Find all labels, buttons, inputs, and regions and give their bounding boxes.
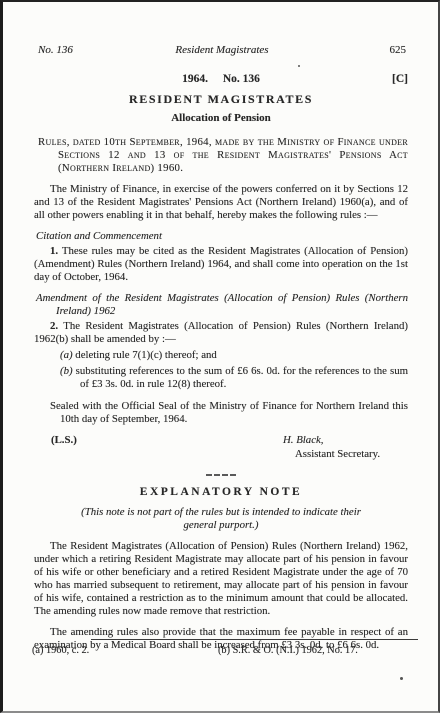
explanatory-note-heading: EXPLANATORY NOTE <box>34 486 408 499</box>
rule1-paragraph: 1. These rules may be cited as the Resid… <box>34 245 408 284</box>
act-year-number-line: 1964. No. 136 [C] <box>34 73 408 86</box>
sealing-clause: Sealed with the Official Seal of the Min… <box>34 400 408 426</box>
rule2-item-a-text: deleting rule 7(1)(c) thereof; and <box>75 349 217 361</box>
document-title: RESIDENT MAGISTRATES <box>34 93 408 106</box>
running-header: No. 136 Resident Magistrates 625 <box>34 44 408 57</box>
seal-mark: (L.S.) <box>51 434 77 447</box>
footnote-divider-rule <box>91 639 418 640</box>
footnote-block: (a) 1960, c. 2. (b) S.R. & O. (N.I.) 196… <box>34 636 418 666</box>
signature-block: (L.S.) H. Black, Assistant Secretary. <box>34 434 408 466</box>
running-header-title: Resident Magistrates <box>130 44 314 57</box>
rule2-paragraph: 2. The Resident Magistrates (Allocation … <box>34 320 408 346</box>
running-header-act-number: No. 136 <box>34 44 130 57</box>
footnote-a: (a) 1960, c. 2. <box>32 644 89 657</box>
rule2-item-a-label: (a) <box>60 349 73 361</box>
rules-preamble: Rules, dated 10th September, 1964, made … <box>38 136 408 175</box>
scanned-document-page: No. 136 Resident Magistrates 625 1964. N… <box>0 0 440 713</box>
enacting-paragraph: The Ministry of Finance, in exercise of … <box>34 183 408 222</box>
rule2-item-a: (a) deleting rule 7(1)(c) thereof; and <box>60 349 408 362</box>
rule2-heading: Amendment of the Resident Magistrates (A… <box>36 292 408 318</box>
explanatory-note-subheading: (This note is not part of the rules but … <box>77 506 365 532</box>
footnote-b: (b) S.R. & O. (N.I.) 1962, No. 17. <box>218 644 358 657</box>
rule1-heading: Citation and Commencement <box>36 230 408 243</box>
rule2-number: 2. <box>50 320 58 332</box>
signatory-name: H. Black, <box>283 434 323 447</box>
scan-artifact <box>298 65 300 67</box>
signatory-title: Assistant Secretary. <box>295 448 380 461</box>
document-subtitle: Allocation of Pension <box>34 112 408 125</box>
section-divider-rule <box>206 474 236 476</box>
rule2-item-b: (b) substituting references to the sum o… <box>60 365 408 391</box>
rule1-number: 1. <box>50 245 58 257</box>
rule2-item-b-label: (b) <box>60 365 73 377</box>
explanatory-paragraph-1: The Resident Magistrates (Allocation of … <box>34 540 408 618</box>
page-number: 625 <box>314 44 408 57</box>
rule2-text: The Resident Magistrates (Allocation of … <box>34 320 408 345</box>
rule1-text: These rules may be cited as the Resident… <box>34 245 408 283</box>
corner-mark: [C] <box>392 73 408 86</box>
act-year: 1964. <box>182 73 208 85</box>
act-number: No. 136 <box>223 73 260 85</box>
scan-artifact <box>400 677 403 680</box>
rule2-item-b-text: substituting references to the sum of £6… <box>76 365 408 390</box>
